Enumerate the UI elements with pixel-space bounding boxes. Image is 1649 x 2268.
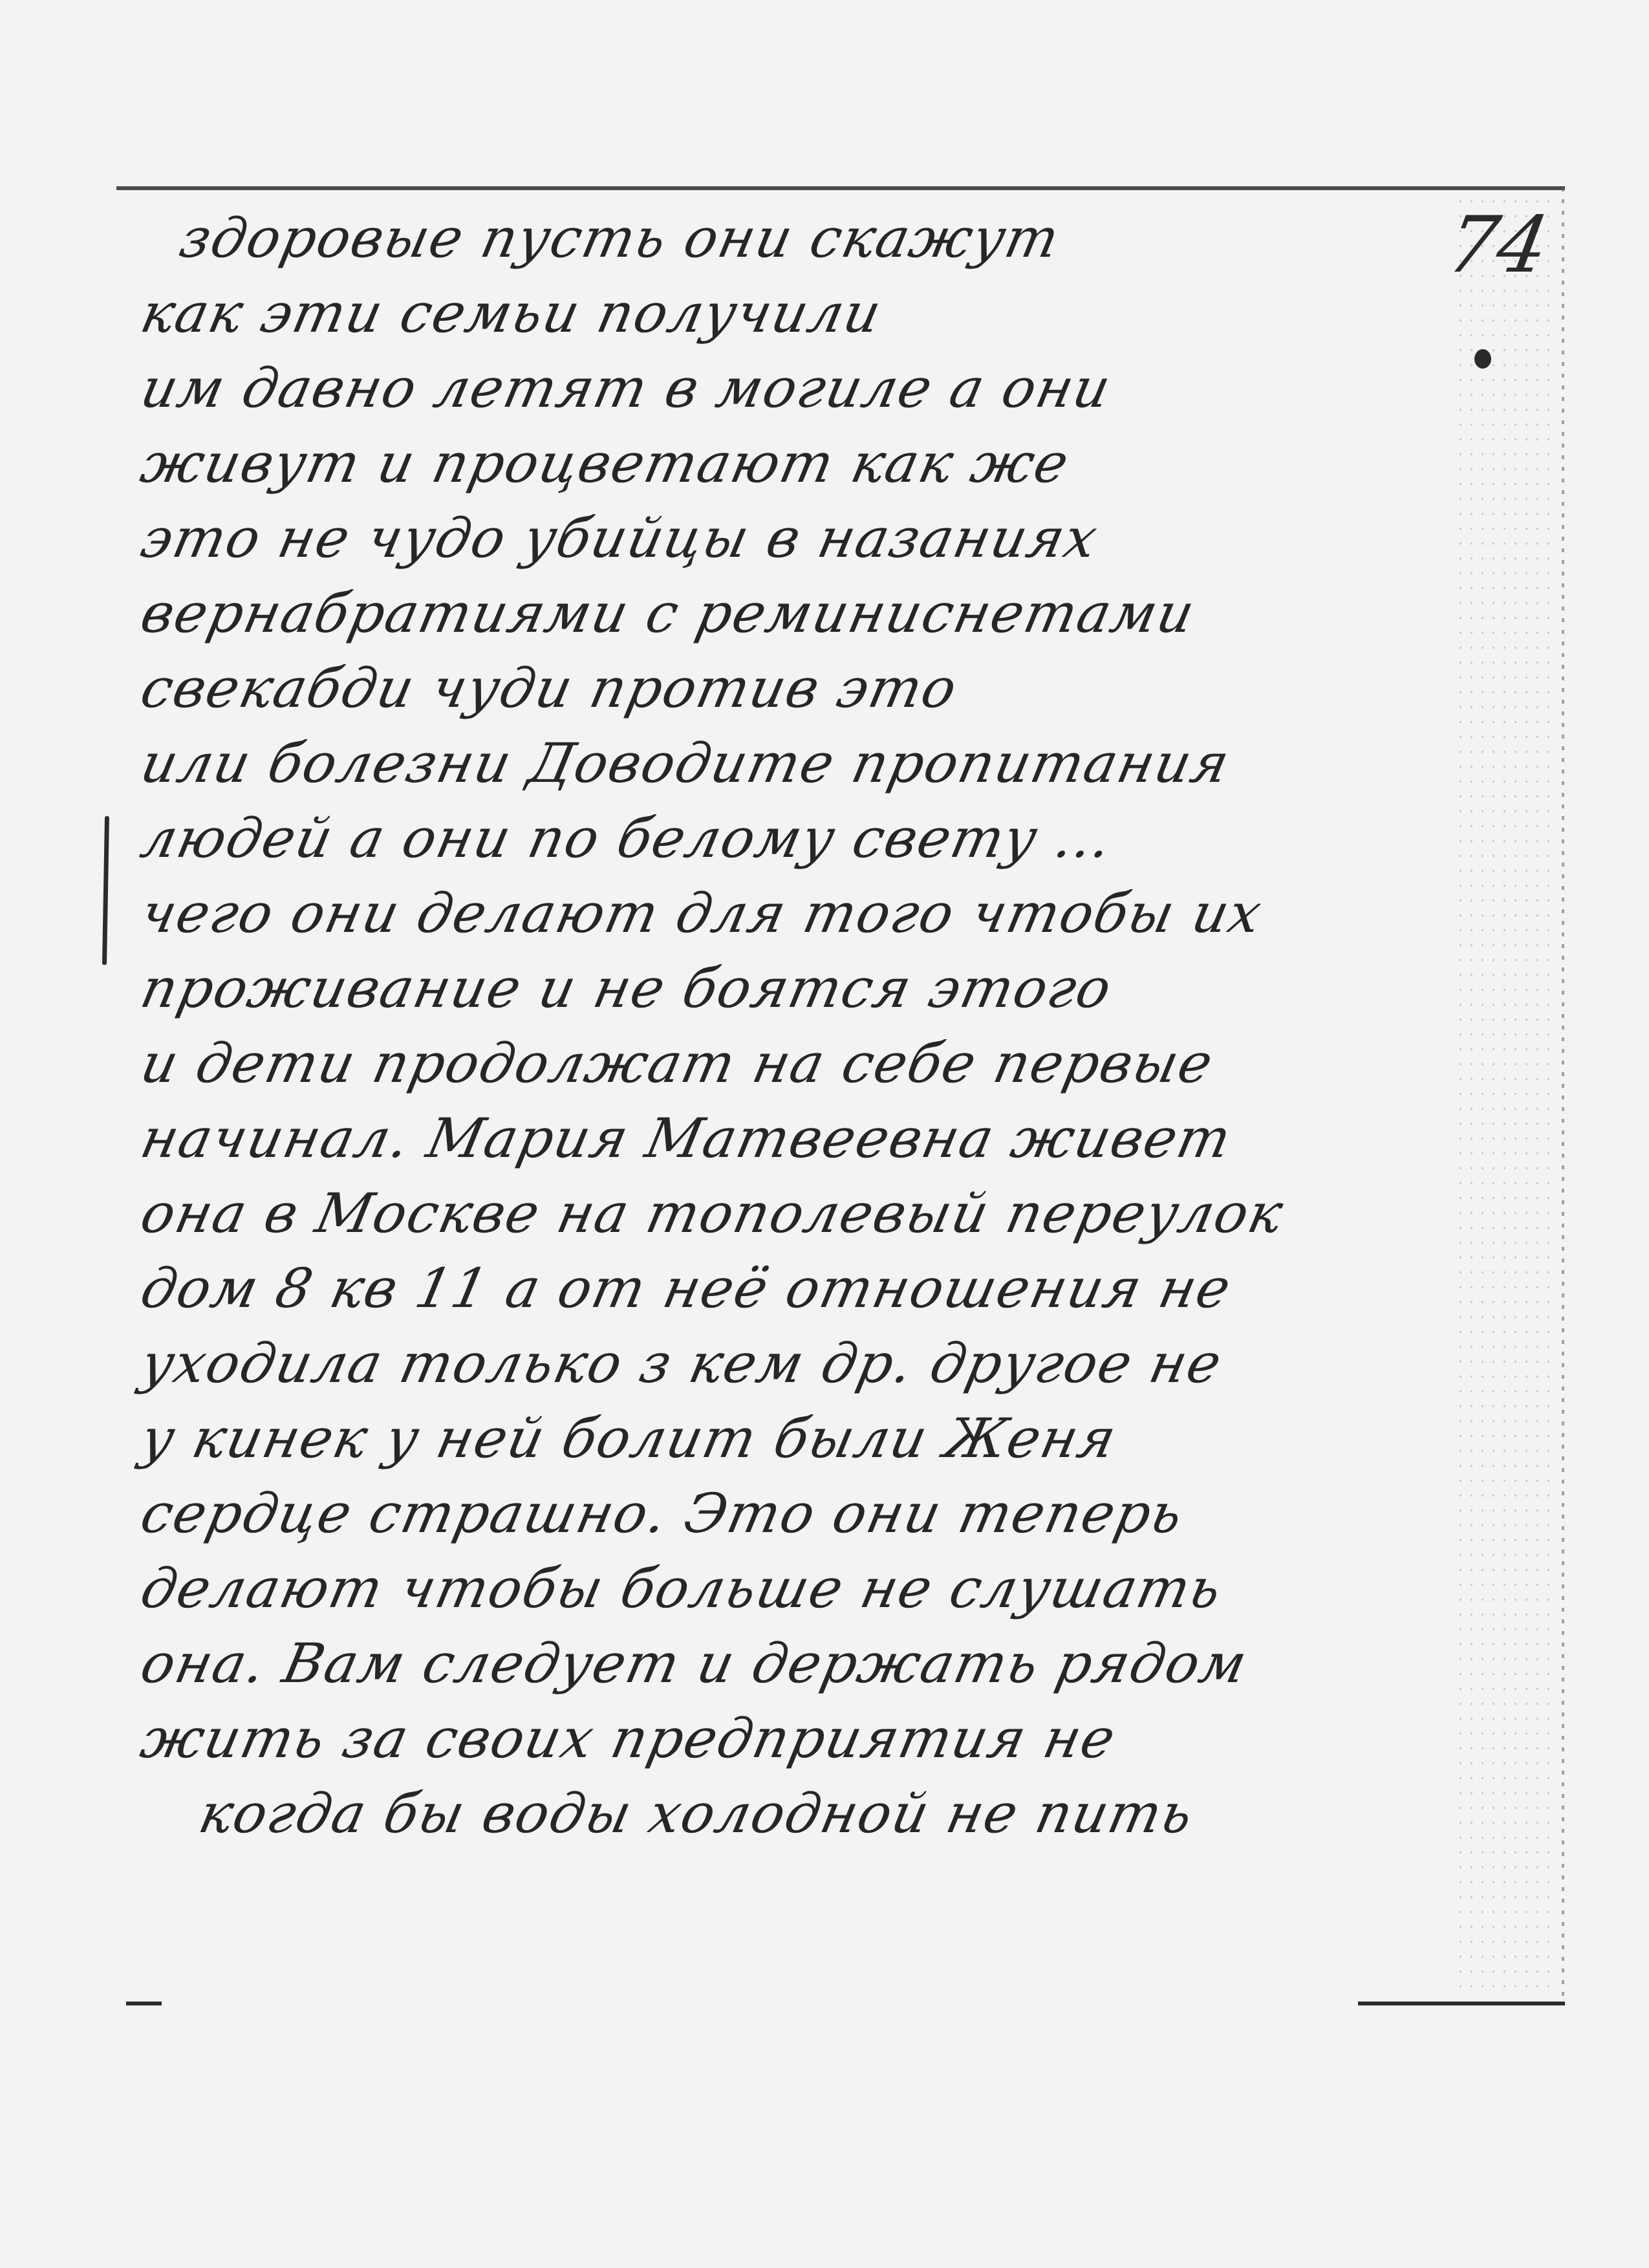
text-line: это не чудо убийцы в назаниях — [135, 501, 1470, 576]
text-line: как эти семьи получили — [135, 275, 1470, 351]
text-line: сердце страшно. Это они теперь — [135, 1476, 1470, 1551]
text-line: здоровые пусть они скажут — [135, 200, 1470, 275]
text-line: она. Вам следует и держать рядом — [135, 1626, 1470, 1701]
text-line: у кинек у ней болит были Женя — [135, 1401, 1470, 1476]
scanned-page: 74 здоровые пусть они скажут как эти сем… — [0, 0, 1649, 2268]
text-line: свекабди чуди против это — [135, 651, 1470, 726]
text-line: чего они делают для того чтобы их — [135, 876, 1470, 951]
text-line: начинал. Мария Матвеевна живет — [135, 1101, 1470, 1176]
text-line: делают чтобы больше не слушать — [135, 1551, 1470, 1626]
text-line: живут и процветают как же — [135, 426, 1470, 501]
scan-noise-column — [1455, 194, 1558, 1998]
top-frame-rule — [116, 186, 1565, 190]
margin-vertical-mark — [102, 816, 109, 965]
text-line: проживание и не боятся этого — [135, 951, 1470, 1026]
text-line: когда бы воды холодной не пить — [135, 1776, 1470, 1851]
text-line: жить за своих предприятия не — [135, 1701, 1470, 1776]
right-dotted-rule — [1562, 188, 1564, 2005]
bottom-frame-rule-right — [1358, 2002, 1565, 2005]
text-line: она в Москве на тополевый переулок — [135, 1176, 1470, 1251]
text-line: вернабратиями с реминиснетами — [135, 576, 1470, 651]
handwritten-text-block: здоровые пусть они скажут как эти семьи … — [142, 200, 1461, 1851]
bottom-frame-rule-left — [126, 2002, 162, 2005]
ink-blot-icon — [1474, 349, 1491, 369]
text-line: и дети продолжат на себе первые — [135, 1026, 1470, 1101]
text-line: уходила только з кем др. другое не — [135, 1326, 1470, 1401]
text-line: им давно летят в могиле а они — [135, 351, 1470, 426]
text-line: людей а они по белому свету ... — [135, 801, 1470, 876]
text-line: или болезни Доводите пропитания — [135, 726, 1470, 801]
text-line: дом 8 кв 11 а от неё отношения не — [135, 1251, 1470, 1326]
